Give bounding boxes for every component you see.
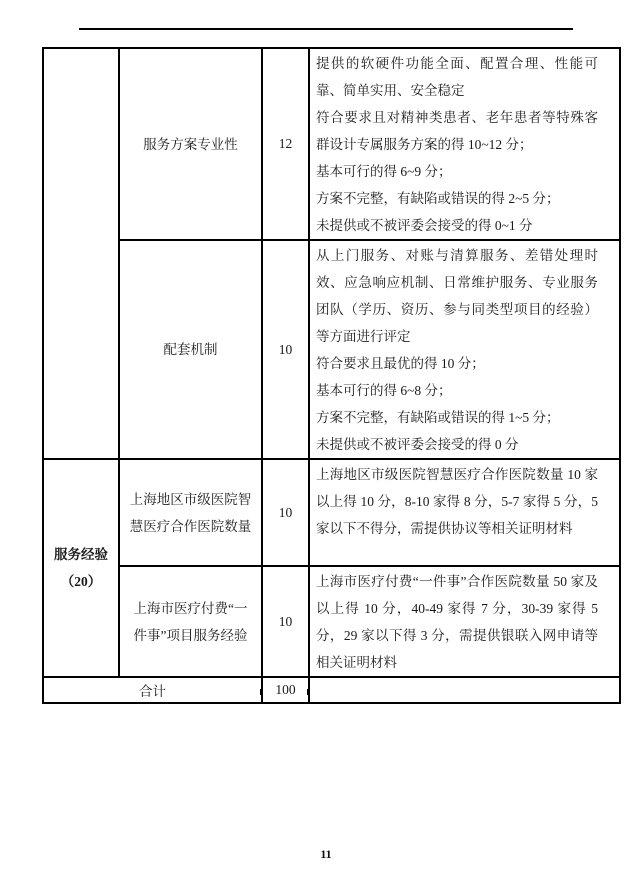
criteria-line: 方案不完整，有缺陷或错误的得 2~5 分； bbox=[316, 185, 598, 212]
item-name: 上海地区市级医院智慧医疗合作医院数量 bbox=[119, 459, 262, 566]
item-criteria: 提供的软硬件功能全面、配置合理、性能可靠、简单实用、安全稳定 符合要求且对精神类… bbox=[309, 48, 620, 240]
total-score: 100 bbox=[262, 677, 309, 703]
item-name: 配套机制 bbox=[119, 240, 262, 459]
item-score: 10 bbox=[262, 459, 309, 566]
table-row: 上海市医疗付费“一件事”项目服务经验 10 上海市医疗付费“一件事”合作医院数量… bbox=[43, 566, 620, 677]
table-row: 服务经验 （20） 上海地区市级医院智慧医疗合作医院数量 10 上海地区市级医院… bbox=[43, 459, 620, 566]
criteria-line: 上海地区市级医院智慧医疗合作医院数量 10 家以上得 10 分，8-10 家得 … bbox=[316, 461, 598, 542]
table-row: 配套机制 10 从上门服务、对账与清算服务、差错处理时效、应急响应机制、日常维护… bbox=[43, 240, 620, 459]
criteria-line: 未提供或不被评委会接受的得 0 分 bbox=[316, 431, 598, 458]
item-name: 服务方案专业性 bbox=[119, 48, 262, 240]
criteria-line: 符合要求且对精神类患者、老年患者等特殊客群设计专属服务方案的得 10~12 分； bbox=[316, 104, 598, 158]
category-label-line: （20） bbox=[46, 568, 116, 595]
category-label-line: 服务经验 bbox=[46, 541, 116, 568]
page-number: 11 bbox=[79, 847, 573, 862]
header-rule bbox=[79, 28, 573, 30]
category-cell: 服务经验 （20） bbox=[43, 459, 119, 677]
table-row: 服务方案专业性 12 提供的软硬件功能全面、配置合理、性能可靠、简单实用、安全稳… bbox=[43, 48, 620, 240]
criteria-line: 未提供或不被评委会接受的得 0~1 分 bbox=[316, 212, 598, 239]
table-row-total: 合计 100 bbox=[43, 677, 620, 703]
criteria-line: 方案不完整，有缺陷或错误的得 1~5 分； bbox=[316, 404, 598, 431]
table-continuation-stub bbox=[307, 689, 309, 695]
criteria-line: 上海市医疗付费“一件事”合作医院数量 50 家及以上得 10 分，40-49 家… bbox=[316, 568, 598, 676]
item-criteria: 从上门服务、对账与清算服务、差错处理时效、应急响应机制、日常维护服务、专业服务团… bbox=[309, 240, 620, 459]
document-page: 服务方案专业性 12 提供的软硬件功能全面、配置合理、性能可靠、简单实用、安全稳… bbox=[0, 0, 632, 878]
item-name: 上海市医疗付费“一件事”项目服务经验 bbox=[119, 566, 262, 677]
criteria-line: 基本可行的得 6~8 分； bbox=[316, 377, 598, 404]
criteria-line: 提供的软硬件功能全面、配置合理、性能可靠、简单实用、安全稳定 bbox=[316, 50, 598, 104]
scoring-table: 服务方案专业性 12 提供的软硬件功能全面、配置合理、性能可靠、简单实用、安全稳… bbox=[42, 47, 621, 704]
criteria-line: 从上门服务、对账与清算服务、差错处理时效、应急响应机制、日常维护服务、专业服务团… bbox=[316, 242, 598, 350]
item-criteria: 上海地区市级医院智慧医疗合作医院数量 10 家以上得 10 分，8-10 家得 … bbox=[309, 459, 620, 566]
category-cell-continued bbox=[43, 48, 119, 459]
criteria-line: 基本可行的得 6~9 分； bbox=[316, 158, 598, 185]
total-label: 合计 bbox=[43, 677, 262, 703]
total-empty-cell bbox=[309, 677, 620, 703]
criteria-line: 符合要求且最优的得 10 分； bbox=[316, 350, 598, 377]
table-continuation-stub bbox=[260, 689, 262, 695]
item-score: 12 bbox=[262, 48, 309, 240]
item-criteria: 上海市医疗付费“一件事”合作医院数量 50 家及以上得 10 分，40-49 家… bbox=[309, 566, 620, 677]
item-score: 10 bbox=[262, 566, 309, 677]
item-score: 10 bbox=[262, 240, 309, 459]
